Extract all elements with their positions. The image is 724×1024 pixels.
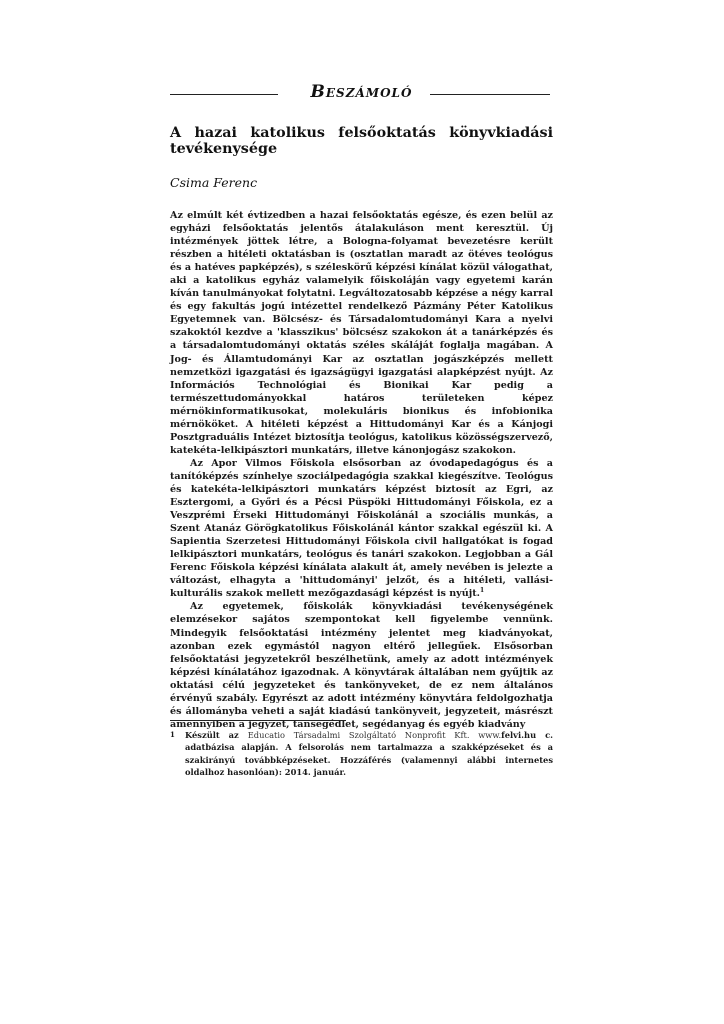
footnote: 1 Készült az Educatio Társadalmi Szolgál…: [170, 729, 553, 779]
article-author: Csima Ferenc: [170, 175, 257, 190]
document-page: Beszámoló A hazai katolikus felsőoktatás…: [0, 0, 724, 1024]
paragraph-2: Az Apor Vilmos Főiskola elsősorban az óv…: [170, 457, 553, 601]
footnote-separator: [170, 720, 346, 721]
footnote-reference[interactable]: 1: [480, 587, 484, 594]
article-title: A hazai katolikus felsőoktatás könyvkiad…: [170, 125, 553, 157]
paragraph-3: Az egyetemek, főiskolák könyvkiadási tev…: [170, 600, 553, 730]
section-label: Beszámoló: [170, 82, 553, 102]
footnote-lead: Készült az: [185, 730, 239, 740]
paragraph-1: Az elmúlt két évtizedben a hazai felsőok…: [170, 209, 553, 457]
footnote-marker: 1: [170, 729, 175, 741]
paragraph-2-text: Az Apor Vilmos Főiskola elsősorban az óv…: [170, 458, 553, 599]
footnote-site-link[interactable]: felvi.hu: [501, 730, 536, 740]
article-body: Az elmúlt két évtizedben a hazai felsőok…: [170, 209, 553, 731]
header-rule-right: [430, 94, 550, 95]
section-header: Beszámoló: [170, 82, 553, 108]
footnote-text: Készült az Educatio Társadalmi Szolgálta…: [185, 729, 553, 779]
footnote-source: Educatio Társadalmi Szolgáltató Nonprofi…: [248, 730, 501, 740]
